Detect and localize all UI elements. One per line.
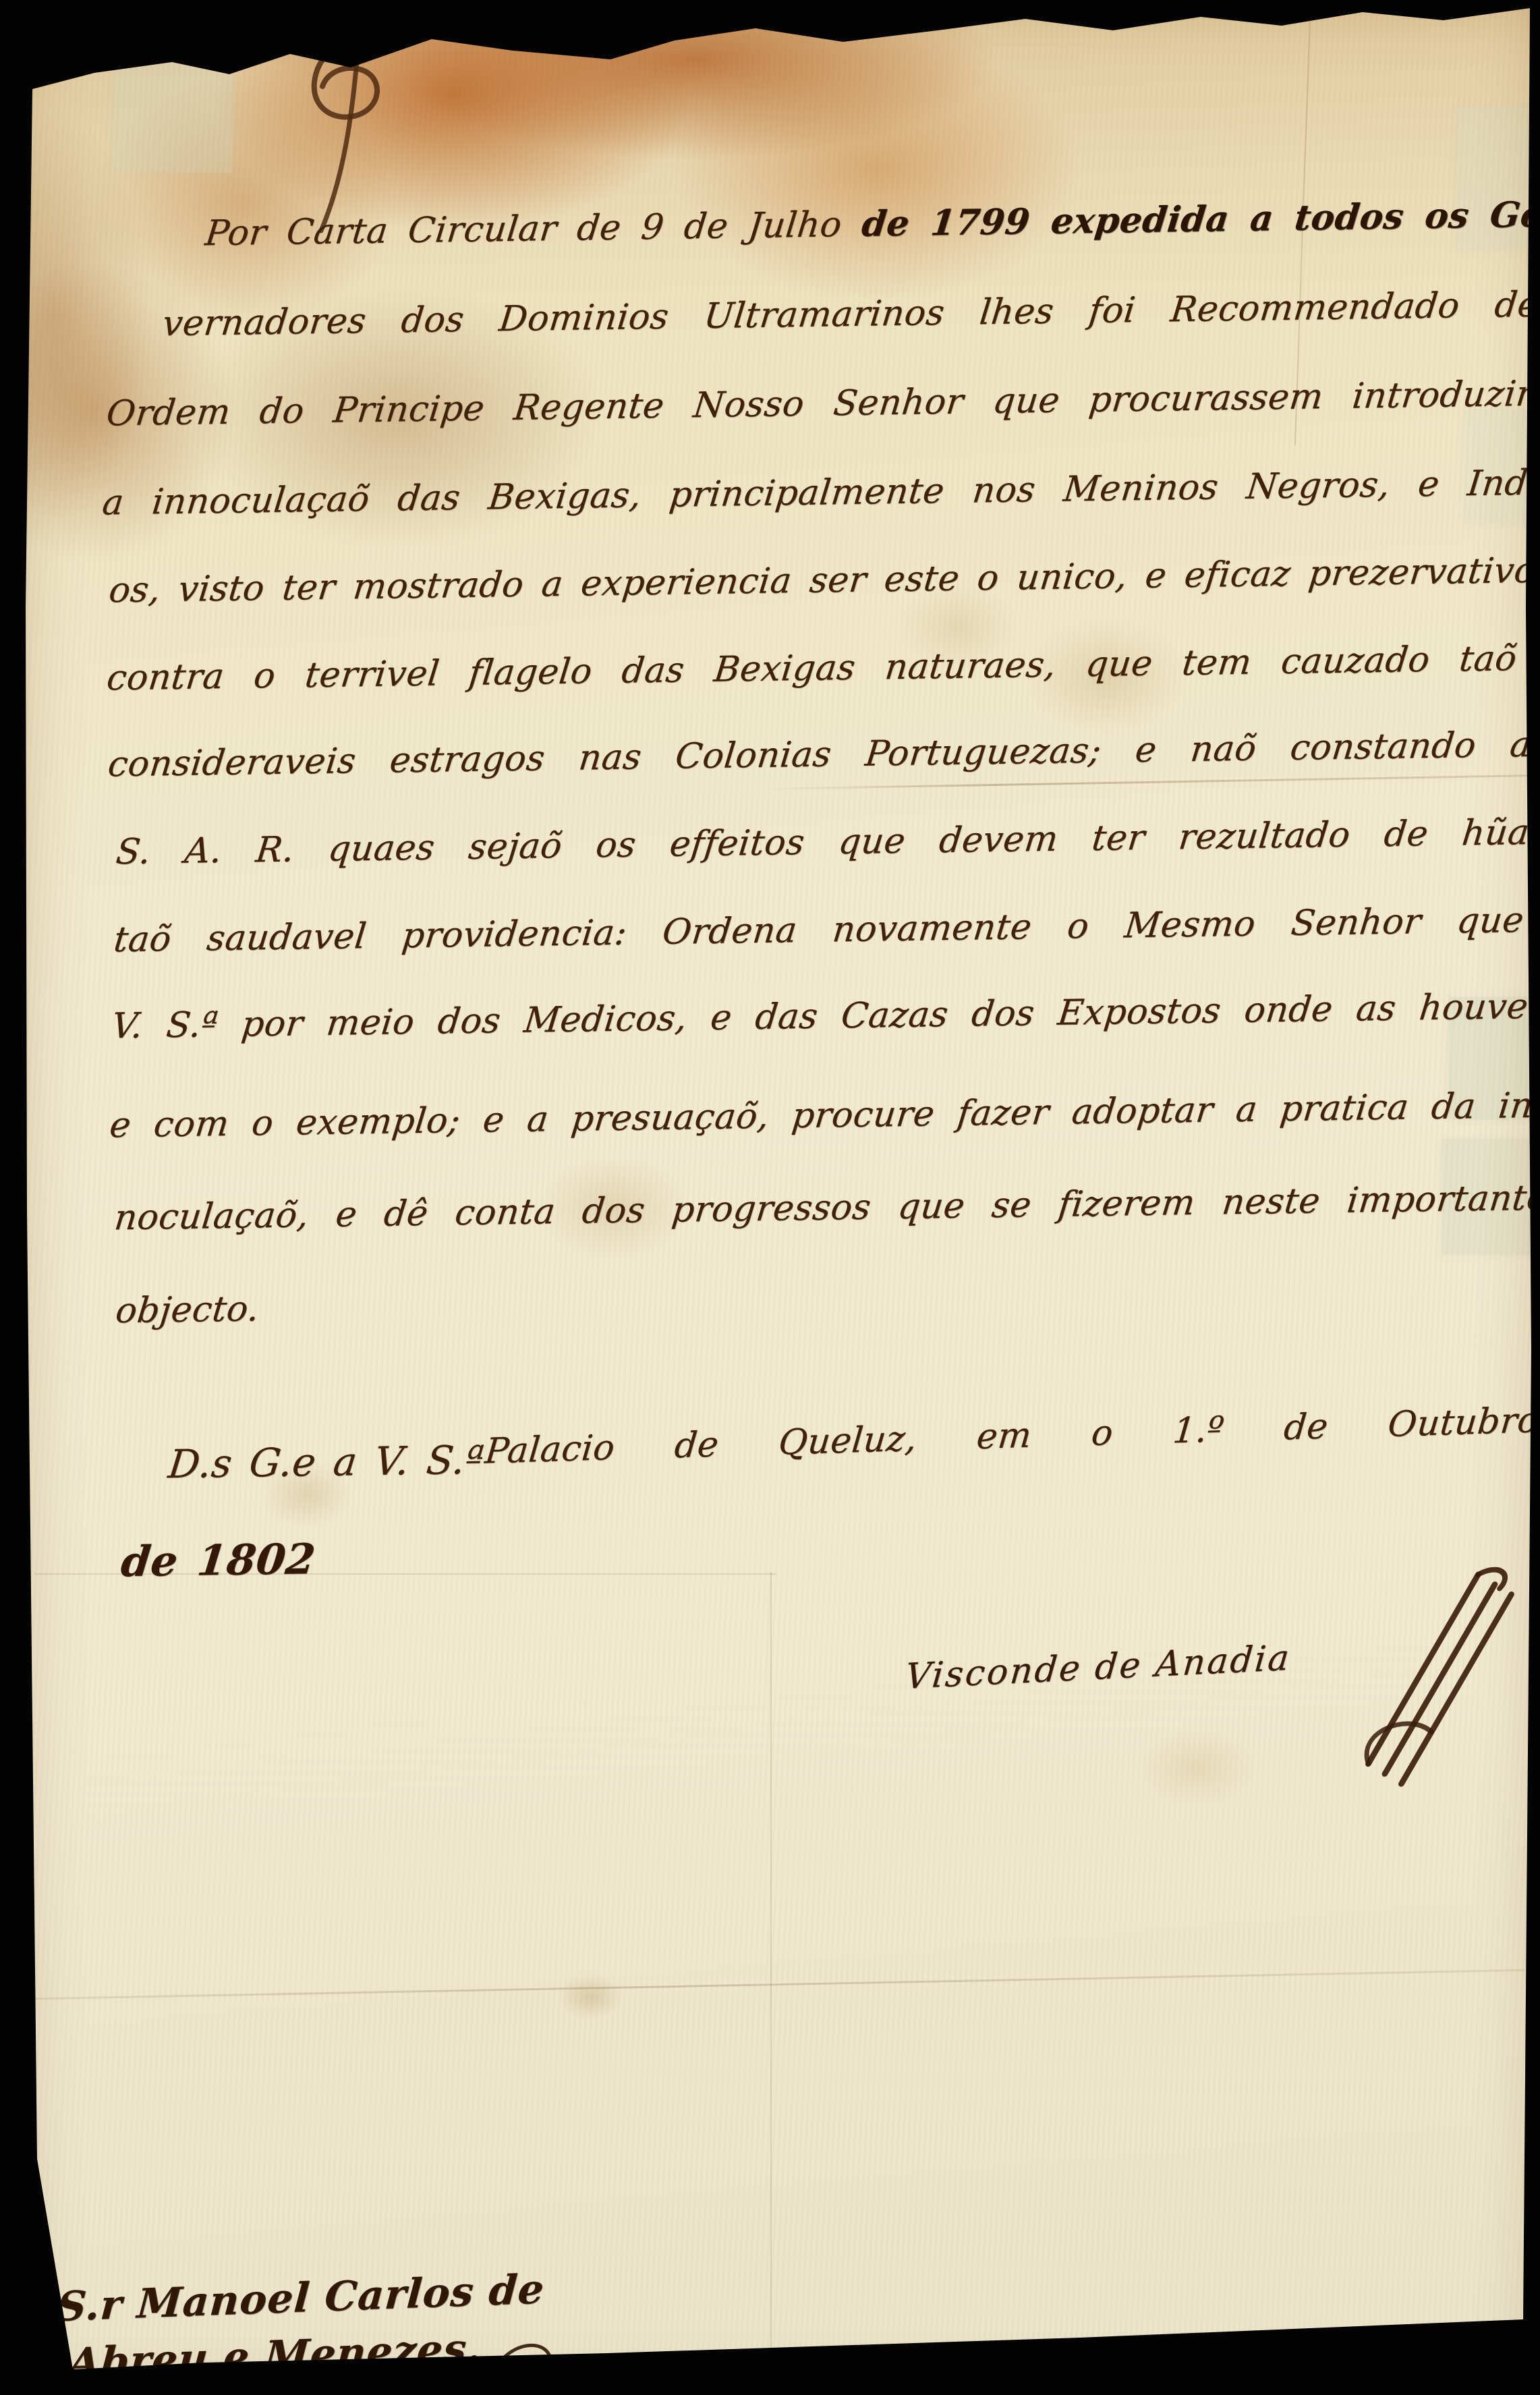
signature-block: Visconde de Anadia [888, 1597, 1540, 1873]
body-line: os, visto ter mostrado a experiencia ser… [107, 548, 1538, 613]
body-line-text: Por Carta Circular de 9 de Julho [203, 204, 864, 254]
body-line: S. A. R. quaes sejaõ os effeitos que dev… [114, 810, 1532, 874]
closing-place-date: Palacio de Queluz, em o 1.º de Outubro [483, 1398, 1540, 1473]
closing-year: de 1802 [119, 1537, 318, 1584]
body-line: e com o exemplo; e a presuaçaõ, procure … [107, 1083, 1535, 1148]
body-line: V. S.ª por meio dos Medicos, e das Cazas… [109, 984, 1540, 1049]
body-line: taõ saudavel providencia: Ordena novamen… [111, 898, 1526, 962]
body-line: consideraveis estragos nas Colonias Port… [106, 723, 1534, 787]
body-line: noculaçaõ, e dê conta dos progressos que… [112, 1176, 1540, 1241]
body-line: vernadores dos Dominios Ultramarinos lhe… [161, 283, 1540, 347]
closing-salute: D.s G.e a V. S.ª [166, 1438, 486, 1487]
body-line: Por Carta Circular de 9 de Julho de 1799… [203, 192, 1540, 256]
letter-body: Por Carta Circular de 9 de Julho de 1799… [18, 0, 1540, 2395]
signature-rubric-flourish [1322, 1566, 1520, 1819]
addressee-flourish-mark [485, 2334, 560, 2389]
body-line-text-bold: de 1799 expedida a todos os Go [860, 194, 1540, 245]
body-line: objecto. [113, 1287, 262, 1333]
manuscript-paper: N.º 9. Por Carta Circular de 9 de Julho … [20, 0, 1540, 2395]
body-line: a innoculaçaõ das Bexigas, principalment… [100, 461, 1540, 526]
addressee-line: S.r Manoel Carlos de [55, 2265, 546, 2331]
body-line: Ordem do Principe Regente Nosso Senhor q… [105, 372, 1536, 436]
addressee-line: Abreu e Menezes. [67, 2325, 483, 2387]
signature-name: Visconde de Anadia [904, 1637, 1293, 1697]
body-line: contra o terrivel flagelo das Bexigas na… [105, 636, 1519, 700]
